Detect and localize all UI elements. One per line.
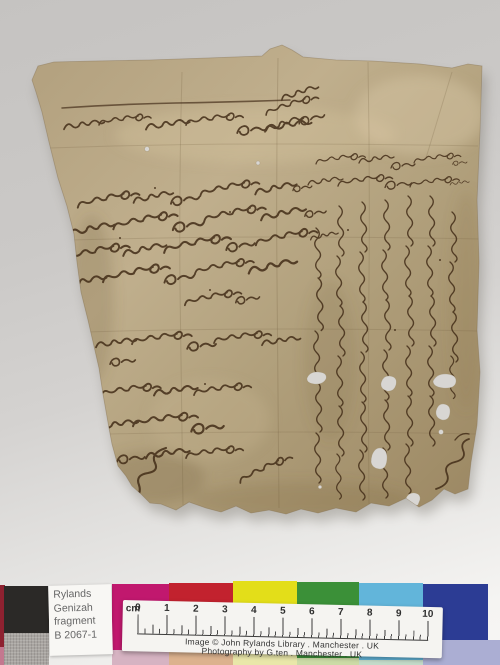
ruler-number: 10 [418, 609, 438, 620]
label-line: B 2067-1 [54, 628, 112, 643]
swatch-gray [4, 633, 49, 665]
ruler-number: 9 [389, 608, 409, 619]
ruler-number: 5 [273, 605, 293, 616]
ruler-number: 7 [331, 607, 351, 618]
ruler-number: 3 [215, 604, 235, 615]
ruler-number: 1 [157, 603, 177, 614]
ruler-number: 6 [302, 606, 322, 617]
scale-ruler: cm 0 1 2 3 4 5 6 7 8 9 10 Image © John R… [122, 600, 443, 658]
ruler-number: 0 [128, 602, 148, 613]
ruler-number: 2 [186, 603, 206, 614]
ruler-number: 8 [360, 607, 380, 618]
photo-canvas: Rylands Genizah fragment B 2067-1 cm 0 1… [0, 0, 500, 665]
fragment-label-card: Rylands Genizah fragment B 2067-1 [48, 584, 113, 656]
swatch-black [4, 586, 49, 633]
color-calibration-chart [0, 0, 500, 665]
ruler-number: 4 [244, 605, 264, 616]
swatch-pale-green [297, 658, 359, 665]
swatch-pale-teal [359, 660, 423, 665]
